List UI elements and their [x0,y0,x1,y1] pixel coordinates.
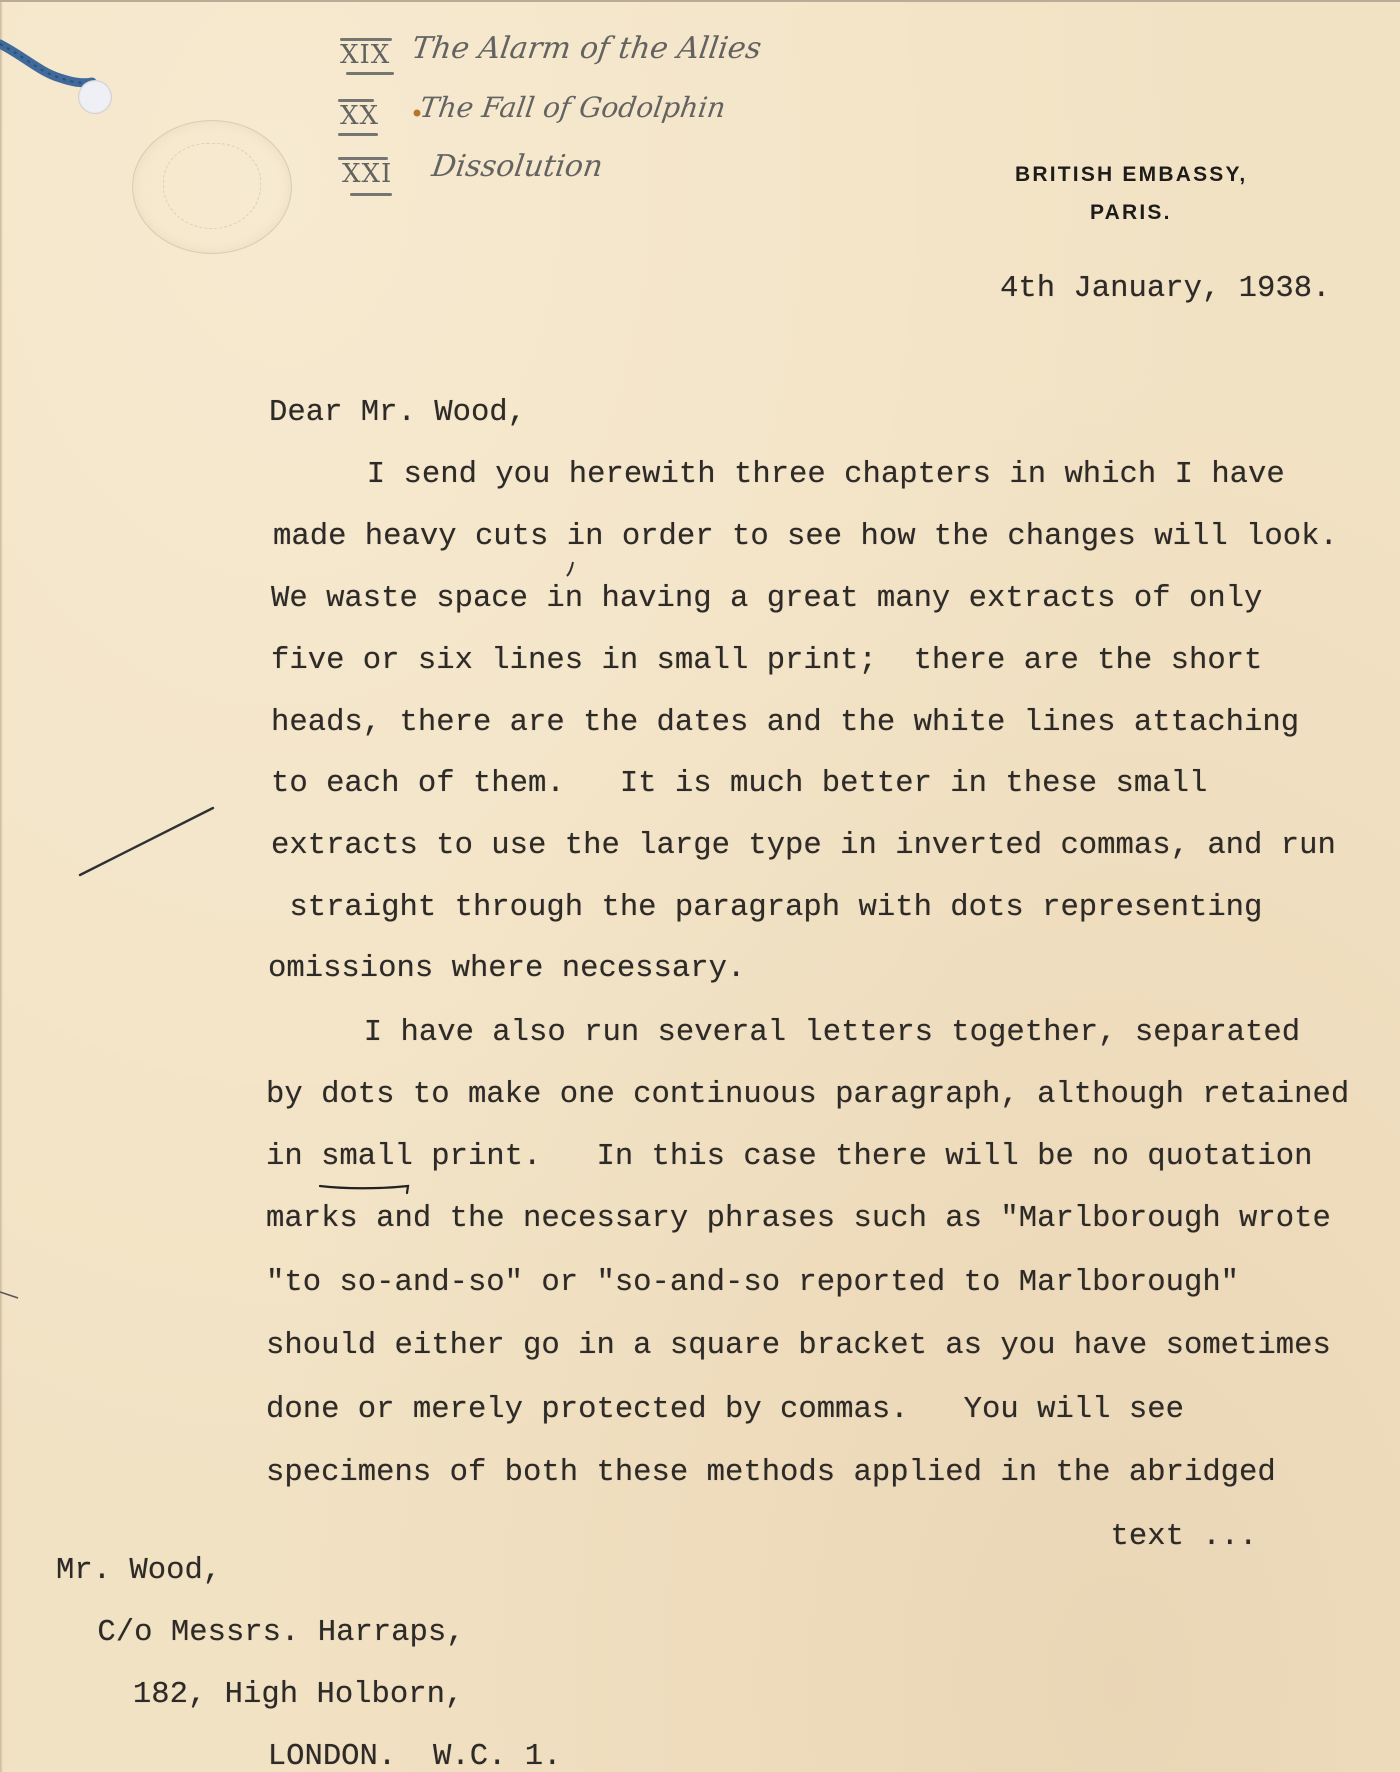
comma-insertion-mark-icon [567,562,573,576]
letterhead-embassy: BRITISH EMBASSY, [1015,164,1247,185]
body-line: five or six lines in small print; there … [271,646,1262,677]
body-line: made heavy cuts in order to see how the … [273,522,1338,553]
body-line: by dots to make one continuous paragraph… [266,1080,1349,1111]
body-line: heads, there are the dates and the white… [271,708,1299,739]
body-line: in small print. In this case there will … [266,1142,1312,1173]
margin-pencil-mark-icon [80,808,213,875]
underline-mark-icon [320,1186,408,1193]
body-line: "to so-and-so" or "so-and-so reported to… [266,1268,1239,1299]
numeral-underline [346,72,394,75]
paper-edge [0,2,3,1772]
note-numeral: XIX [340,42,390,68]
binding-string-icon [0,2,1400,1772]
note-title: The Fall of Godolphin [418,94,727,122]
note-title: The Alarm of the Allies [410,34,763,64]
body-line: We waste space in having a great many ex… [271,584,1262,615]
body-line: I send you herewith three chapters in wh… [275,460,1285,491]
numeral-underline [350,193,392,196]
note-title: Dissolution [430,152,605,182]
letter-page: XIX The Alarm of the Allies XX The Fall … [0,0,1400,1772]
note-numeral: XXI [342,161,392,187]
body-line: text ... [266,1522,1257,1553]
body-line: extracts to use the large type in invert… [271,831,1336,862]
body-line: omissions where necessary. [268,954,745,985]
body-line: done or merely protected by commas. You … [266,1395,1184,1426]
letterhead-city: PARIS. [1090,202,1172,223]
body-line: should either go in a square bracket as … [266,1331,1331,1362]
crest-shield-icon [163,143,261,229]
pen-annotations [0,2,1400,1772]
address-line: C/o Messrs. Harraps, [24,1618,465,1649]
body-line: to each of them. It is much better in th… [271,769,1207,800]
body-line: straight through the paragraph with dots… [271,893,1262,924]
body-line: marks and the necessary phrases such as … [266,1204,1331,1235]
pencil-dot-icon [0,2,1400,1772]
numeral-underline [338,133,378,136]
embossed-crest-icon [132,120,292,254]
address-line: 182, High Holborn, [0,1680,463,1711]
note-numeral: XX [340,103,379,129]
salutation: Dear Mr. Wood, [269,398,526,429]
punch-hole [78,80,112,114]
letter-date: 4th January, 1938. [1000,274,1330,305]
body-line: I have also run several letters together… [272,1018,1300,1049]
body-line: specimens of both these methods applied … [266,1458,1276,1489]
address-line: LONDON. W.C. 1. [0,1742,562,1772]
address-line: Mr. Wood, [56,1556,221,1587]
